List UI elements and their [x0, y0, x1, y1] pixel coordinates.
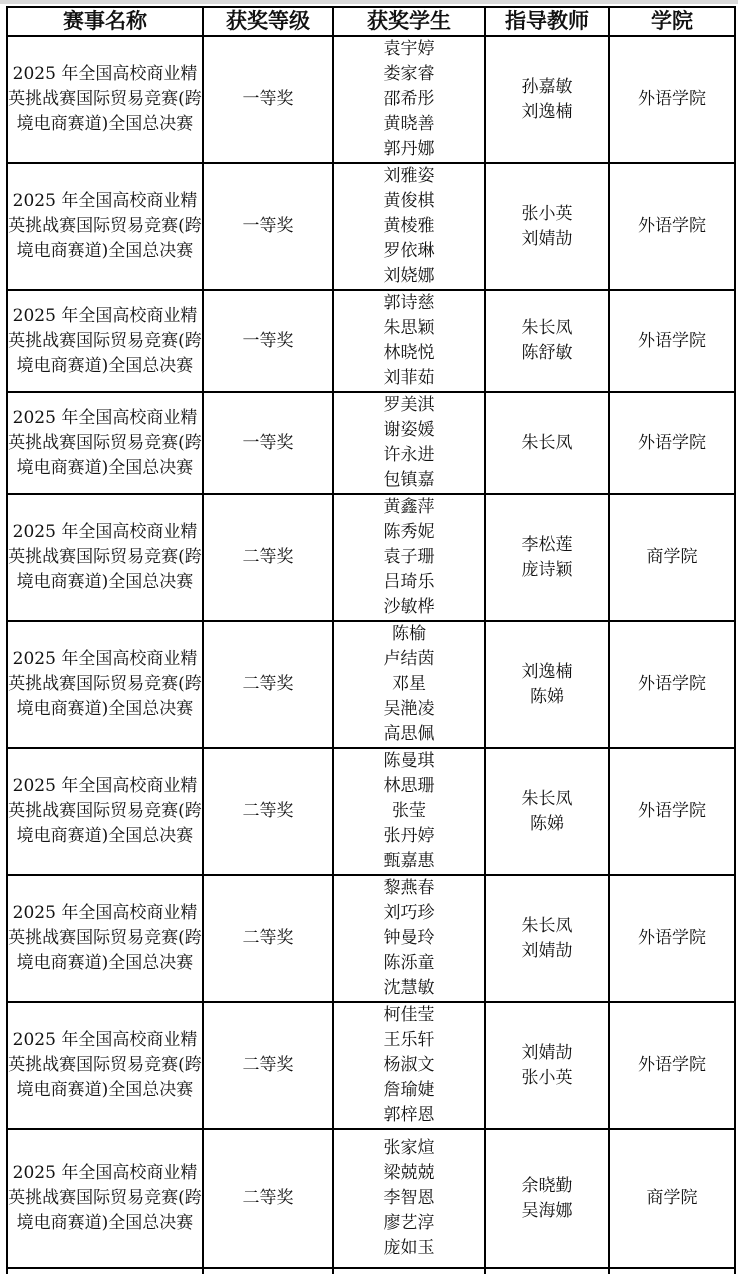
cell-award-level: 二等奖	[203, 1129, 333, 1268]
cell-teachers: 朱长凤	[485, 392, 609, 494]
cell-students: 刘雅姿黄俊棋黄棱雅罗依琳刘娆娜	[333, 163, 485, 290]
cell-competition: 2025 年全国高校商业精英挑战赛国际贸易竞赛(跨境电商赛道)全国总决赛	[7, 163, 203, 290]
cell-students: 黄鑫萍陈秀妮袁子珊吕琦乐沙敏桦	[333, 494, 485, 621]
student-name: 袁宇婷	[334, 37, 484, 62]
student-name: 林思珊	[334, 774, 484, 799]
cell-college: 外语学院	[609, 163, 735, 290]
student-name: 刘雅姿	[334, 164, 484, 189]
teacher-name: 陈娣	[486, 685, 608, 710]
truncated-row	[7, 1268, 735, 1274]
teacher-name: 余晓勤	[486, 1174, 608, 1199]
teacher-name: 吴海娜	[486, 1199, 608, 1224]
student-name: 沈慧敏	[334, 976, 484, 1001]
cell-award-level: 一等奖	[203, 392, 333, 494]
table-row: 2025 年全国高校商业精英挑战赛国际贸易竞赛(跨境电商赛道)全国总决赛一等奖刘…	[7, 163, 735, 290]
student-name: 詹瑜婕	[334, 1078, 484, 1103]
student-name: 林晓悦	[334, 341, 484, 366]
cell-competition: 2025 年全国高校商业精英挑战赛国际贸易竞赛(跨境电商赛道)全国总决赛	[7, 748, 203, 875]
cell-students: 柯佳莹王乐轩杨淑文詹瑜婕郭梓恩	[333, 1002, 485, 1129]
truncated-cell	[609, 1268, 735, 1274]
student-name: 吴滟凌	[334, 697, 484, 722]
cell-competition: 2025 年全国高校商业精英挑战赛国际贸易竞赛(跨境电商赛道)全国总决赛	[7, 621, 203, 748]
table-row: 2025 年全国高校商业精英挑战赛国际贸易竞赛(跨境电商赛道)全国总决赛一等奖罗…	[7, 392, 735, 494]
student-name: 陈榆	[334, 622, 484, 647]
student-name: 罗依琳	[334, 239, 484, 264]
teacher-name: 李松莲	[486, 533, 608, 558]
table-row: 2025 年全国高校商业精英挑战赛国际贸易竞赛(跨境电商赛道)全国总决赛二等奖张…	[7, 1129, 735, 1268]
table-row: 2025 年全国高校商业精英挑战赛国际贸易竞赛(跨境电商赛道)全国总决赛二等奖黄…	[7, 494, 735, 621]
table-row: 2025 年全国高校商业精英挑战赛国际贸易竞赛(跨境电商赛道)全国总决赛二等奖黎…	[7, 875, 735, 1002]
student-name: 刘菲茹	[334, 366, 484, 391]
cell-college: 外语学院	[609, 36, 735, 163]
student-name: 郭梓恩	[334, 1103, 484, 1128]
student-name: 廖艺淳	[334, 1211, 484, 1236]
student-name: 黄俊棋	[334, 189, 484, 214]
teacher-name: 张小英	[486, 1066, 608, 1091]
student-name: 郭诗慈	[334, 291, 484, 316]
student-name: 黄晓善	[334, 112, 484, 137]
cell-competition: 2025 年全国高校商业精英挑战赛国际贸易竞赛(跨境电商赛道)全国总决赛	[7, 290, 203, 392]
teacher-name: 刘婧劼	[486, 1041, 608, 1066]
cell-college: 外语学院	[609, 621, 735, 748]
student-name: 卢结茵	[334, 647, 484, 672]
table-row: 2025 年全国高校商业精英挑战赛国际贸易竞赛(跨境电商赛道)全国总决赛一等奖郭…	[7, 290, 735, 392]
teacher-name: 刘逸楠	[486, 660, 608, 685]
cell-college: 外语学院	[609, 290, 735, 392]
teacher-name: 刘婧劼	[486, 939, 608, 964]
header-award-level: 获奖等级	[203, 7, 333, 36]
cell-college: 外语学院	[609, 875, 735, 1002]
cell-teachers: 李松莲庞诗颖	[485, 494, 609, 621]
student-name: 沙敏桦	[334, 595, 484, 620]
student-name: 钟曼玲	[334, 926, 484, 951]
student-name: 黄棱雅	[334, 214, 484, 239]
student-name: 杨淑文	[334, 1053, 484, 1078]
cell-award-level: 一等奖	[203, 163, 333, 290]
cell-college: 外语学院	[609, 1002, 735, 1129]
cell-students: 陈曼琪林思珊张莹张丹婷甄嘉惠	[333, 748, 485, 875]
teacher-name: 朱长凤	[486, 316, 608, 341]
teacher-name: 陈舒敏	[486, 341, 608, 366]
student-name: 邓星	[334, 672, 484, 697]
cell-students: 罗美淇谢姿媛许永进包镇嘉	[333, 392, 485, 494]
teacher-name: 朱长凤	[486, 787, 608, 812]
student-name: 张家煊	[334, 1136, 484, 1161]
cell-competition: 2025 年全国高校商业精英挑战赛国际贸易竞赛(跨境电商赛道)全国总决赛	[7, 1002, 203, 1129]
student-name: 陈泺童	[334, 951, 484, 976]
student-name: 吕琦乐	[334, 570, 484, 595]
cell-award-level: 二等奖	[203, 621, 333, 748]
cell-college: 商学院	[609, 494, 735, 621]
cell-teachers: 朱长凤刘婧劼	[485, 875, 609, 1002]
student-name: 罗美淇	[334, 393, 484, 418]
header-students: 获奖学生	[333, 7, 485, 36]
table-row: 2025 年全国高校商业精英挑战赛国际贸易竞赛(跨境电商赛道)全国总决赛二等奖陈…	[7, 748, 735, 875]
header-competition: 赛事名称	[7, 7, 203, 36]
student-name: 刘巧珍	[334, 901, 484, 926]
student-name: 袁子珊	[334, 545, 484, 570]
cell-students: 郭诗慈朱思颖林晓悦刘菲茹	[333, 290, 485, 392]
truncated-cell	[203, 1268, 333, 1274]
student-name: 王乐轩	[334, 1028, 484, 1053]
teacher-name: 庞诗颖	[486, 558, 608, 583]
student-name: 李智恩	[334, 1186, 484, 1211]
teacher-name: 孙嘉敏	[486, 75, 608, 100]
student-name: 许永进	[334, 443, 484, 468]
table-row: 2025 年全国高校商业精英挑战赛国际贸易竞赛(跨境电商赛道)全国总决赛二等奖柯…	[7, 1002, 735, 1129]
table-row: 2025 年全国高校商业精英挑战赛国际贸易竞赛(跨境电商赛道)全国总决赛一等奖袁…	[7, 36, 735, 163]
cell-students: 张家煊梁兢兢李智恩廖艺淳庞如玉	[333, 1129, 485, 1268]
teacher-name: 张小英	[486, 202, 608, 227]
cell-teachers: 朱长凤陈娣	[485, 748, 609, 875]
cell-teachers: 刘逸楠陈娣	[485, 621, 609, 748]
cell-award-level: 一等奖	[203, 36, 333, 163]
cell-competition: 2025 年全国高校商业精英挑战赛国际贸易竞赛(跨境电商赛道)全国总决赛	[7, 1129, 203, 1268]
student-name: 郭丹娜	[334, 137, 484, 162]
cell-students: 袁宇婷娄家睿邵希彤黄晓善郭丹娜	[333, 36, 485, 163]
student-name: 黄鑫萍	[334, 495, 484, 520]
header-teachers: 指导教师	[485, 7, 609, 36]
header-college: 学院	[609, 7, 735, 36]
table-row: 2025 年全国高校商业精英挑战赛国际贸易竞赛(跨境电商赛道)全国总决赛二等奖陈…	[7, 621, 735, 748]
student-name: 朱思颖	[334, 316, 484, 341]
student-name: 柯佳莹	[334, 1003, 484, 1028]
cell-award-level: 二等奖	[203, 1002, 333, 1129]
student-name: 刘娆娜	[334, 264, 484, 289]
top-edge-strip	[0, 0, 738, 4]
truncated-cell	[7, 1268, 203, 1274]
cell-competition: 2025 年全国高校商业精英挑战赛国际贸易竞赛(跨境电商赛道)全国总决赛	[7, 392, 203, 494]
student-name: 娄家睿	[334, 62, 484, 87]
student-name: 黎燕春	[334, 876, 484, 901]
teacher-name: 朱长凤	[486, 914, 608, 939]
cell-teachers: 余晓勤吴海娜	[485, 1129, 609, 1268]
cell-college: 外语学院	[609, 748, 735, 875]
cell-teachers: 刘婧劼张小英	[485, 1002, 609, 1129]
teacher-name: 刘逸楠	[486, 100, 608, 125]
header-row: 赛事名称 获奖等级 获奖学生 指导教师 学院	[7, 7, 735, 36]
student-name: 张丹婷	[334, 824, 484, 849]
cell-teachers: 张小英刘婧劼	[485, 163, 609, 290]
cell-award-level: 二等奖	[203, 494, 333, 621]
truncated-cell	[333, 1268, 485, 1274]
cell-college: 商学院	[609, 1129, 735, 1268]
cell-award-level: 一等奖	[203, 290, 333, 392]
student-name: 陈秀妮	[334, 520, 484, 545]
truncated-cell	[485, 1268, 609, 1274]
cell-college: 外语学院	[609, 392, 735, 494]
teacher-name: 刘婧劼	[486, 227, 608, 252]
cell-teachers: 孙嘉敏刘逸楠	[485, 36, 609, 163]
cell-award-level: 二等奖	[203, 875, 333, 1002]
student-name: 张莹	[334, 799, 484, 824]
cell-competition: 2025 年全国高校商业精英挑战赛国际贸易竞赛(跨境电商赛道)全国总决赛	[7, 36, 203, 163]
student-name: 陈曼琪	[334, 749, 484, 774]
cell-competition: 2025 年全国高校商业精英挑战赛国际贸易竞赛(跨境电商赛道)全国总决赛	[7, 494, 203, 621]
awards-table: 赛事名称 获奖等级 获奖学生 指导教师 学院 2025 年全国高校商业精英挑战赛…	[6, 6, 736, 1274]
student-name: 梁兢兢	[334, 1161, 484, 1186]
cell-competition: 2025 年全国高校商业精英挑战赛国际贸易竞赛(跨境电商赛道)全国总决赛	[7, 875, 203, 1002]
table-body: 2025 年全国高校商业精英挑战赛国际贸易竞赛(跨境电商赛道)全国总决赛一等奖袁…	[7, 36, 735, 1274]
cell-award-level: 二等奖	[203, 748, 333, 875]
teacher-name: 朱长凤	[486, 431, 608, 456]
student-name: 高思佩	[334, 722, 484, 747]
teacher-name: 陈娣	[486, 812, 608, 837]
cell-students: 黎燕春刘巧珍钟曼玲陈泺童沈慧敏	[333, 875, 485, 1002]
student-name: 甄嘉惠	[334, 849, 484, 874]
student-name: 邵希彤	[334, 87, 484, 112]
cell-students: 陈榆卢结茵邓星吴滟凌高思佩	[333, 621, 485, 748]
cell-teachers: 朱长凤陈舒敏	[485, 290, 609, 392]
student-name: 包镇嘉	[334, 468, 484, 493]
student-name: 谢姿媛	[334, 418, 484, 443]
student-name: 庞如玉	[334, 1236, 484, 1261]
